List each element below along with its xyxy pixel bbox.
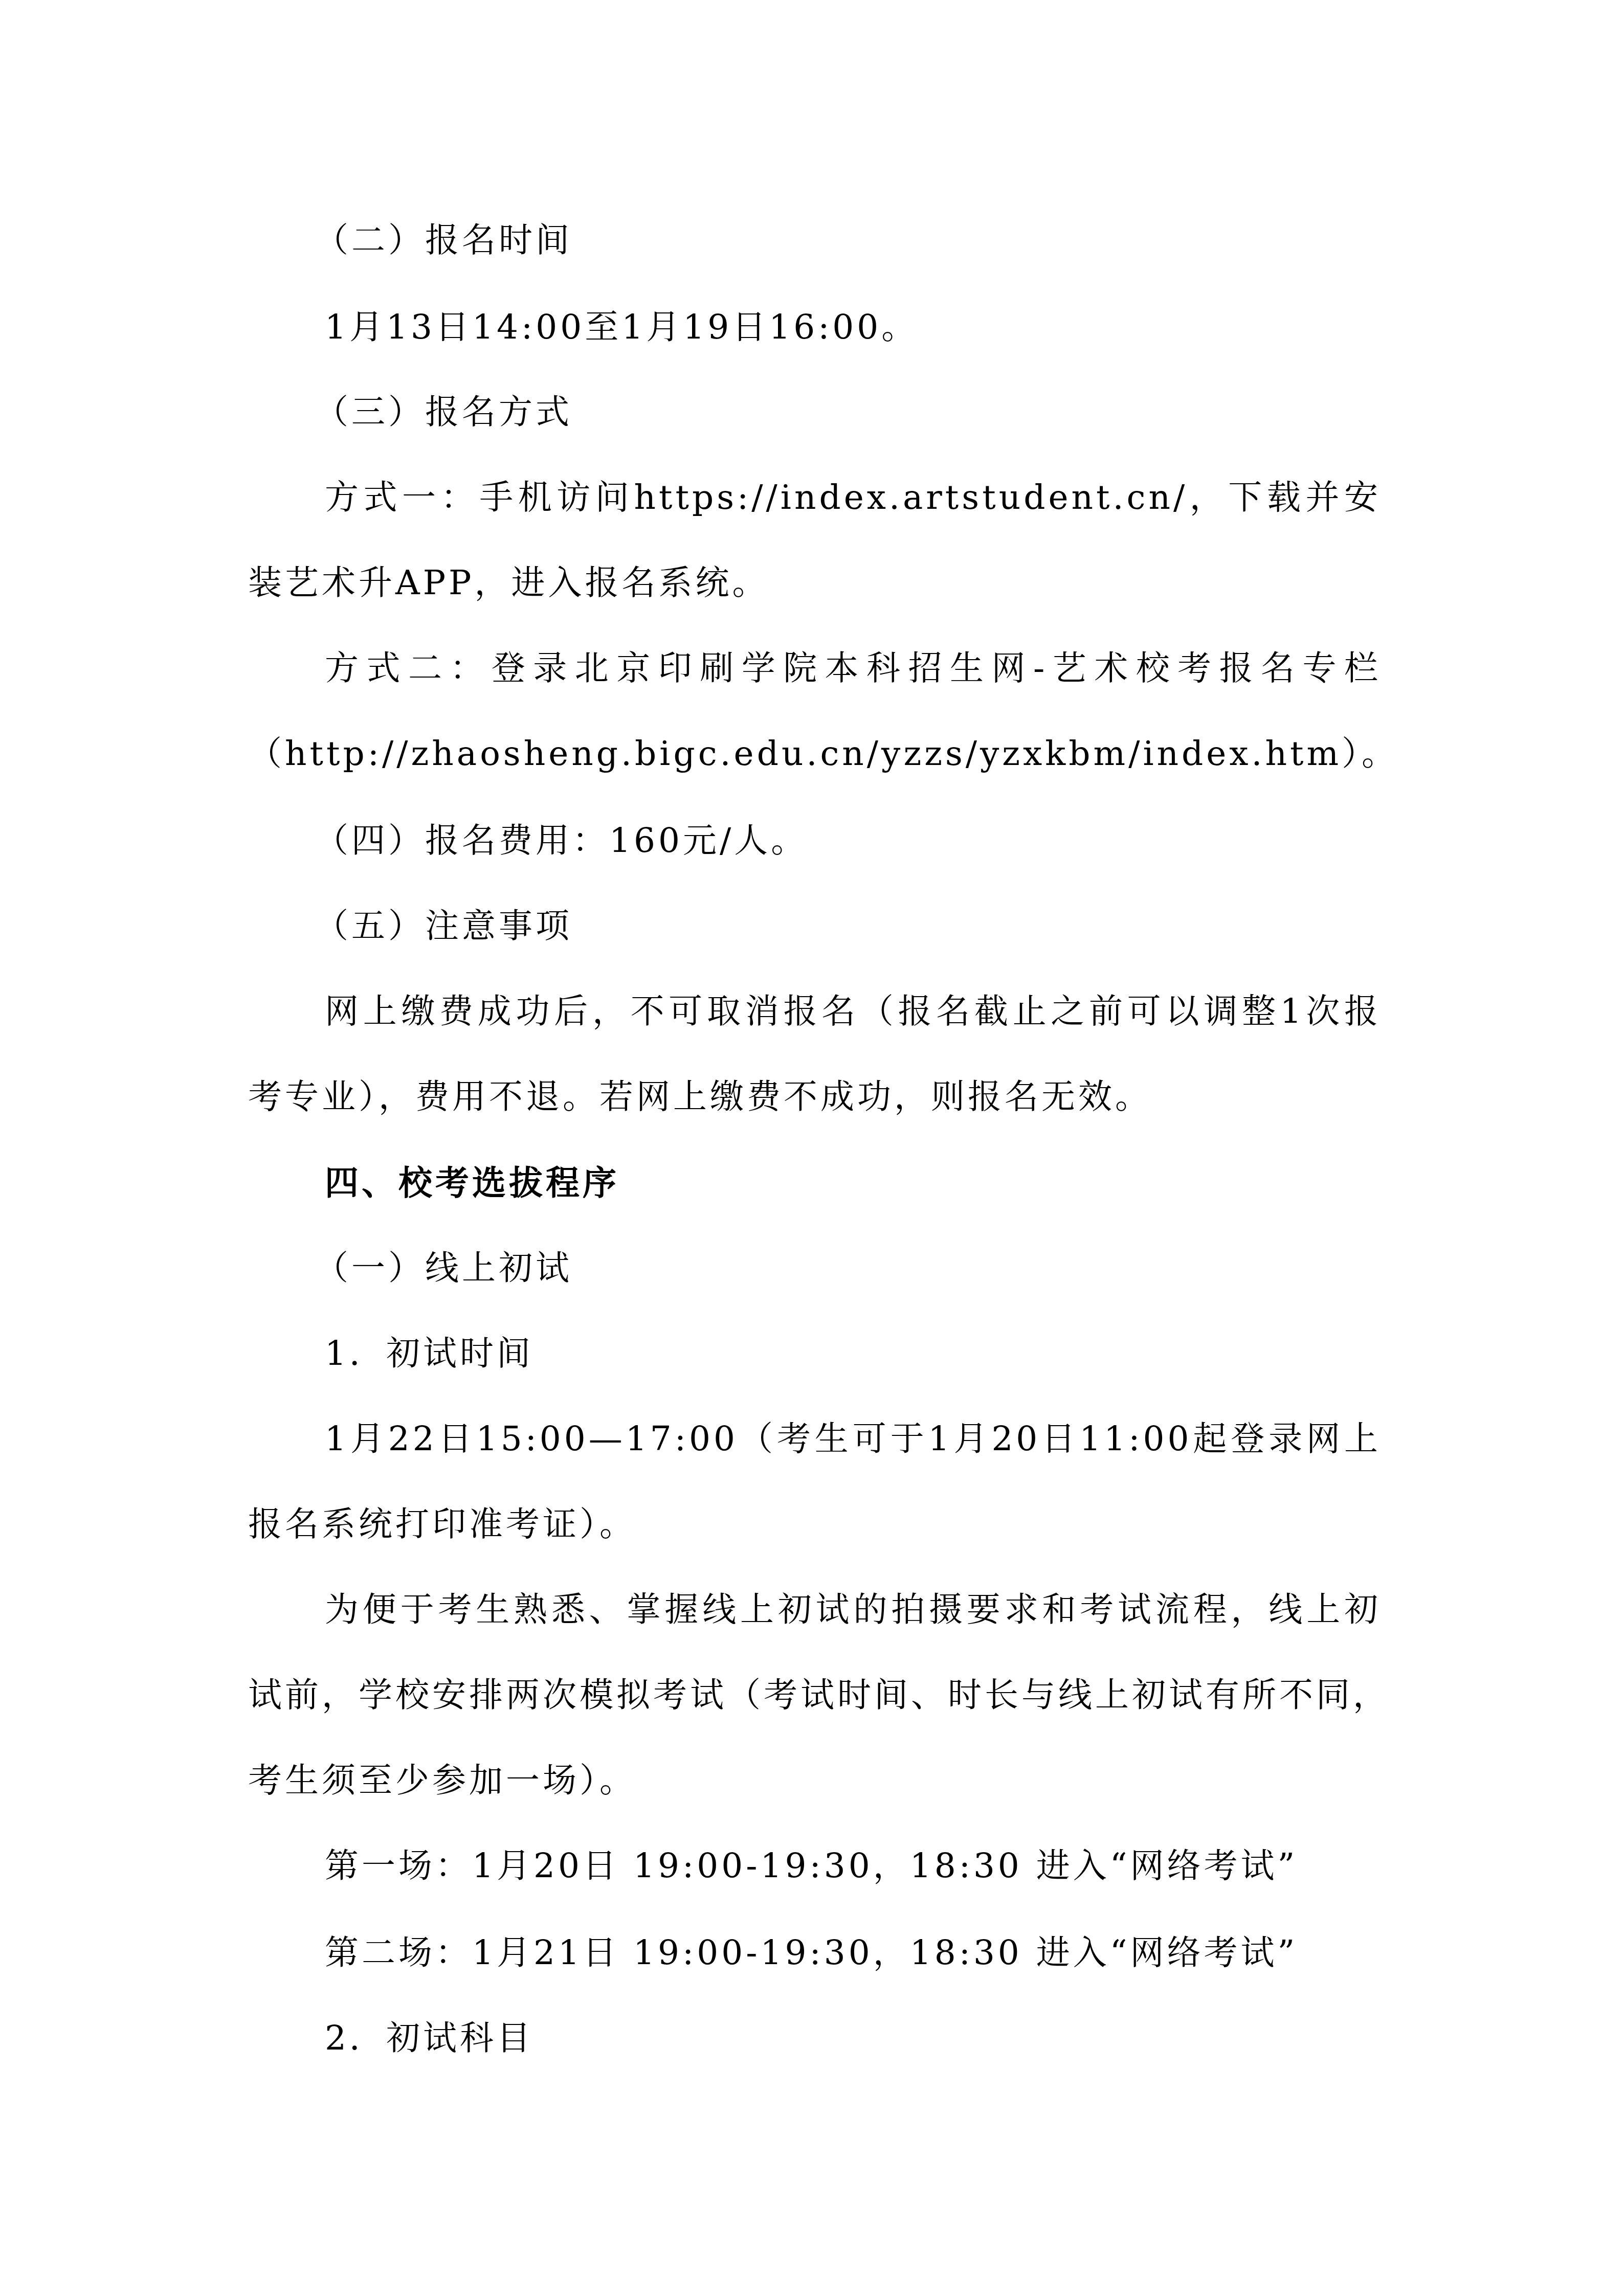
section-heading-registration-method: （三）报名方式 xyxy=(315,369,1448,455)
section-heading-selection-procedure: 四、校考选拔程序 xyxy=(325,1140,1381,1226)
mock-session-one: 第一场：1月20日 19:00-19:30，18:30 进入“网络考试” xyxy=(325,1823,1381,1909)
mock-exam-line-3: 考生须至少参加一场）。 xyxy=(248,1738,1381,1824)
method-two-line-1: 方式二：登录北京印刷学院本科招生网-艺术校考报名专栏 xyxy=(325,625,1381,711)
exam-time-line-1: 1月22日15:00—17:00（考生可于1月20日11:00起登录网上 xyxy=(325,1396,1381,1482)
mock-exam-line-1: 为便于考生熟悉、掌握线上初试的拍摄要求和考试流程，线上初 xyxy=(325,1567,1381,1653)
subsection-heading-preliminary-subjects: 2．初试科目 xyxy=(325,1995,1381,2081)
method-one-line-2: 装艺术升APP，进入报名系统。 xyxy=(248,540,1381,626)
notice-line-1: 网上缴费成功后，不可取消报名（报名截止之前可以调整1次报 xyxy=(325,969,1381,1054)
section-heading-notes: （五）注意事项 xyxy=(315,883,1448,969)
registration-time-text: 1月13日14:00至1月19日16:00。 xyxy=(325,284,1381,370)
mock-session-two: 第二场：1月21日 19:00-19:30，18:30 进入“网络考试” xyxy=(325,1910,1381,1996)
registration-fee-text: （四）报名费用：160元/人。 xyxy=(315,798,1448,884)
notice-line-2: 考专业），费用不退。若网上缴费不成功，则报名无效。 xyxy=(248,1054,1381,1140)
method-one-line-1: 方式一：手机访问https://index.artstudent.cn/，下载并… xyxy=(325,455,1381,541)
subsection-heading-preliminary-time: 1．初试时间 xyxy=(325,1311,1381,1397)
mock-exam-line-2: 试前，学校安排两次模拟考试（考试时间、时长与线上初试有所不同， xyxy=(248,1652,1381,1738)
exam-time-line-2: 报名系统打印准考证）。 xyxy=(248,1481,1381,1567)
section-heading-registration-time: （二）报名时间 xyxy=(315,197,1448,283)
method-two-url-line: （http://zhaosheng.bigc.edu.cn/yzzs/yzxkb… xyxy=(248,711,1381,797)
section-heading-online-preliminary: （一）线上初试 xyxy=(315,1225,1448,1311)
